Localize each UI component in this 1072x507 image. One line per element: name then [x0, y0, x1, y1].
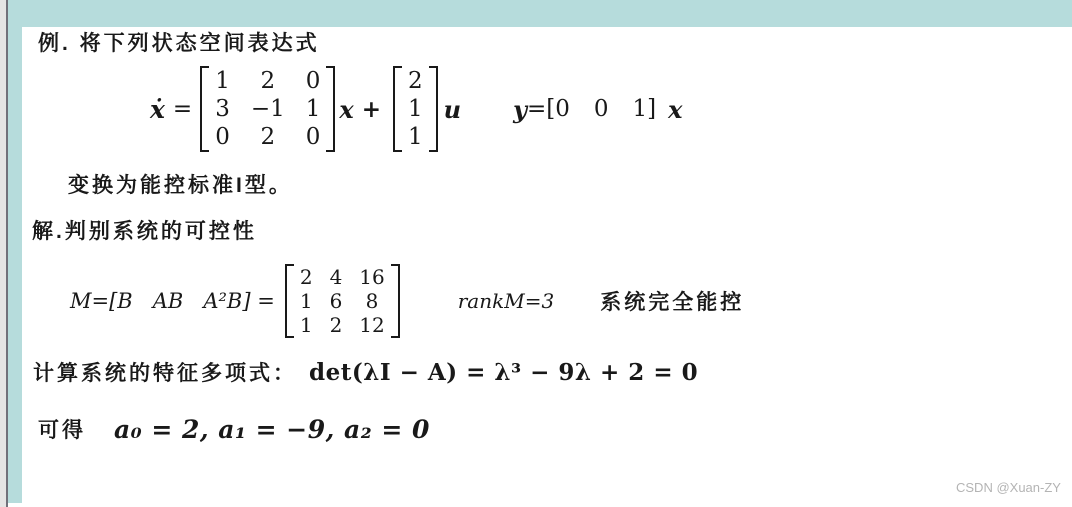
- matrix-cell: 2: [300, 265, 313, 289]
- matrix-cell: 8: [366, 289, 379, 313]
- char-poly-label: 计算系统的特征多项式：: [33, 357, 297, 387]
- m-lhs: M=[B: [70, 289, 133, 313]
- matrix-cell: 16: [359, 265, 384, 289]
- matrix-A: 1 2 0 3 −1 1 0 2 0: [200, 66, 335, 152]
- right-bracket: [391, 264, 400, 338]
- solution-heading: 解.判别系统的可控性: [32, 215, 257, 245]
- example-title: 例. 将下列状态空间表达式: [38, 27, 320, 57]
- matrix-cell: 0: [306, 67, 321, 95]
- matrix-cell: 0: [215, 123, 230, 151]
- matrix-cell: 2: [260, 123, 275, 151]
- left-teal-strip: [8, 27, 22, 503]
- state-space-equation: ẋ = 1 2 0 3 −1 1 0 2 0 x + 2 1 1: [150, 66, 682, 152]
- matrix-cell: 4: [330, 265, 343, 289]
- output-equation: y =[ 0 0 1] x: [513, 95, 682, 124]
- equals-sign: =: [173, 96, 192, 122]
- matrix-M-cells: 2 4 16 1 6 8 1 2 12: [294, 264, 391, 338]
- matrix-cell: 1: [300, 313, 313, 337]
- y-variable: y: [513, 95, 527, 124]
- left-bracket: [285, 264, 294, 338]
- coefficients-line: 可得 a₀ = 2, a₁ = −9, a₂ = 0: [38, 410, 430, 448]
- vector-cell: 1: [408, 123, 423, 151]
- left-bracket: [200, 66, 209, 152]
- matrix-cell: 0: [306, 123, 321, 151]
- u-variable: u: [444, 95, 461, 124]
- m-ab-term: AB: [153, 289, 184, 313]
- matrix-cell: 12: [359, 313, 384, 337]
- x-variable: x: [668, 95, 682, 124]
- matrix-cell: 3: [215, 95, 230, 123]
- controllability-equation: M=[B AB A²B] = 2 4 16 1 6 8 1 2 12 rankM…: [70, 263, 744, 339]
- plus-sign: +: [362, 96, 381, 123]
- csdn-watermark: CSDN @Xuan-ZY: [956, 480, 1061, 495]
- vector-B: 2 1 1: [393, 66, 438, 152]
- controllability-conclusion: 系统完全能控: [600, 286, 744, 316]
- right-bracket: [429, 66, 438, 152]
- matrix-M: 2 4 16 1 6 8 1 2 12: [285, 264, 400, 338]
- coefficients-formula: a₀ = 2, a₁ = −9, a₂ = 0: [114, 415, 430, 444]
- rank-statement: rankM=3: [458, 289, 554, 313]
- matrix-cell: 1: [300, 289, 313, 313]
- output-c2: 0: [594, 96, 609, 122]
- matrix-cell: 6: [330, 289, 343, 313]
- m-a2b-term: A²B] =: [203, 289, 274, 313]
- matrix-cell: −1: [251, 95, 285, 123]
- equals-open-bracket: =[: [527, 96, 555, 122]
- vector-cell: 1: [408, 95, 423, 123]
- matrix-cell: 2: [260, 67, 275, 95]
- transform-instruction: 变换为能控标准I型。: [68, 169, 293, 199]
- char-poly-formula: det(λI − A) = λ³ − 9λ + 2 = 0: [309, 359, 698, 386]
- vector-B-cells: 2 1 1: [402, 66, 429, 152]
- matrix-cell: 2: [330, 313, 343, 337]
- characteristic-polynomial: 计算系统的特征多项式： det(λI − A) = λ³ − 9λ + 2 = …: [33, 352, 698, 392]
- matrix-A-cells: 1 2 0 3 −1 1 0 2 0: [209, 66, 326, 152]
- output-c1: 0: [555, 96, 570, 122]
- top-teal-band: [8, 0, 1072, 27]
- output-c3-close-bracket: 1]: [633, 96, 657, 122]
- x-variable: x: [339, 95, 353, 124]
- right-bracket: [326, 66, 335, 152]
- left-bracket: [393, 66, 402, 152]
- matrix-cell: 1: [215, 67, 230, 95]
- vector-cell: 2: [408, 67, 423, 95]
- x-dot-symbol: ẋ: [150, 95, 165, 124]
- matrix-cell: 1: [306, 95, 321, 123]
- slide-screenshot: 例. 将下列状态空间表达式 ẋ = 1 2 0 3 −1 1 0 2 0 x +: [0, 0, 1072, 507]
- coefficients-label: 可得: [38, 414, 86, 444]
